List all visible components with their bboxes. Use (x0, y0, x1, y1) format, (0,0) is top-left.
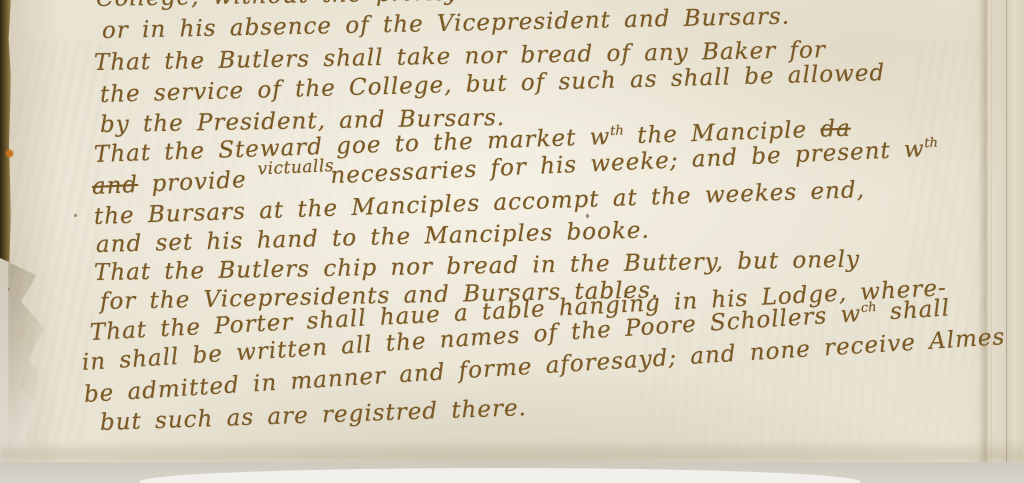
superscript-abbreviation: th (924, 136, 938, 152)
struck-through-word: da (820, 116, 851, 143)
superscript-abbreviation: th (610, 124, 624, 139)
adjacent-leaf-edge (1006, 0, 1024, 483)
manuscript-scan: College, without the privity and or in h… (0, 0, 1024, 483)
ink-spot (6, 150, 13, 157)
line-text: provide (138, 166, 261, 198)
show-through-right (898, 39, 991, 422)
superscript-abbreviation: ch (860, 300, 877, 316)
interlinear-insertion: victualls (257, 156, 334, 179)
torn-corner (0, 258, 66, 483)
line-text: shall (876, 295, 951, 326)
ink-speck (74, 214, 77, 217)
ink-speck (586, 214, 589, 218)
struck-through-word: and (91, 172, 138, 200)
page-crease (978, 0, 992, 483)
